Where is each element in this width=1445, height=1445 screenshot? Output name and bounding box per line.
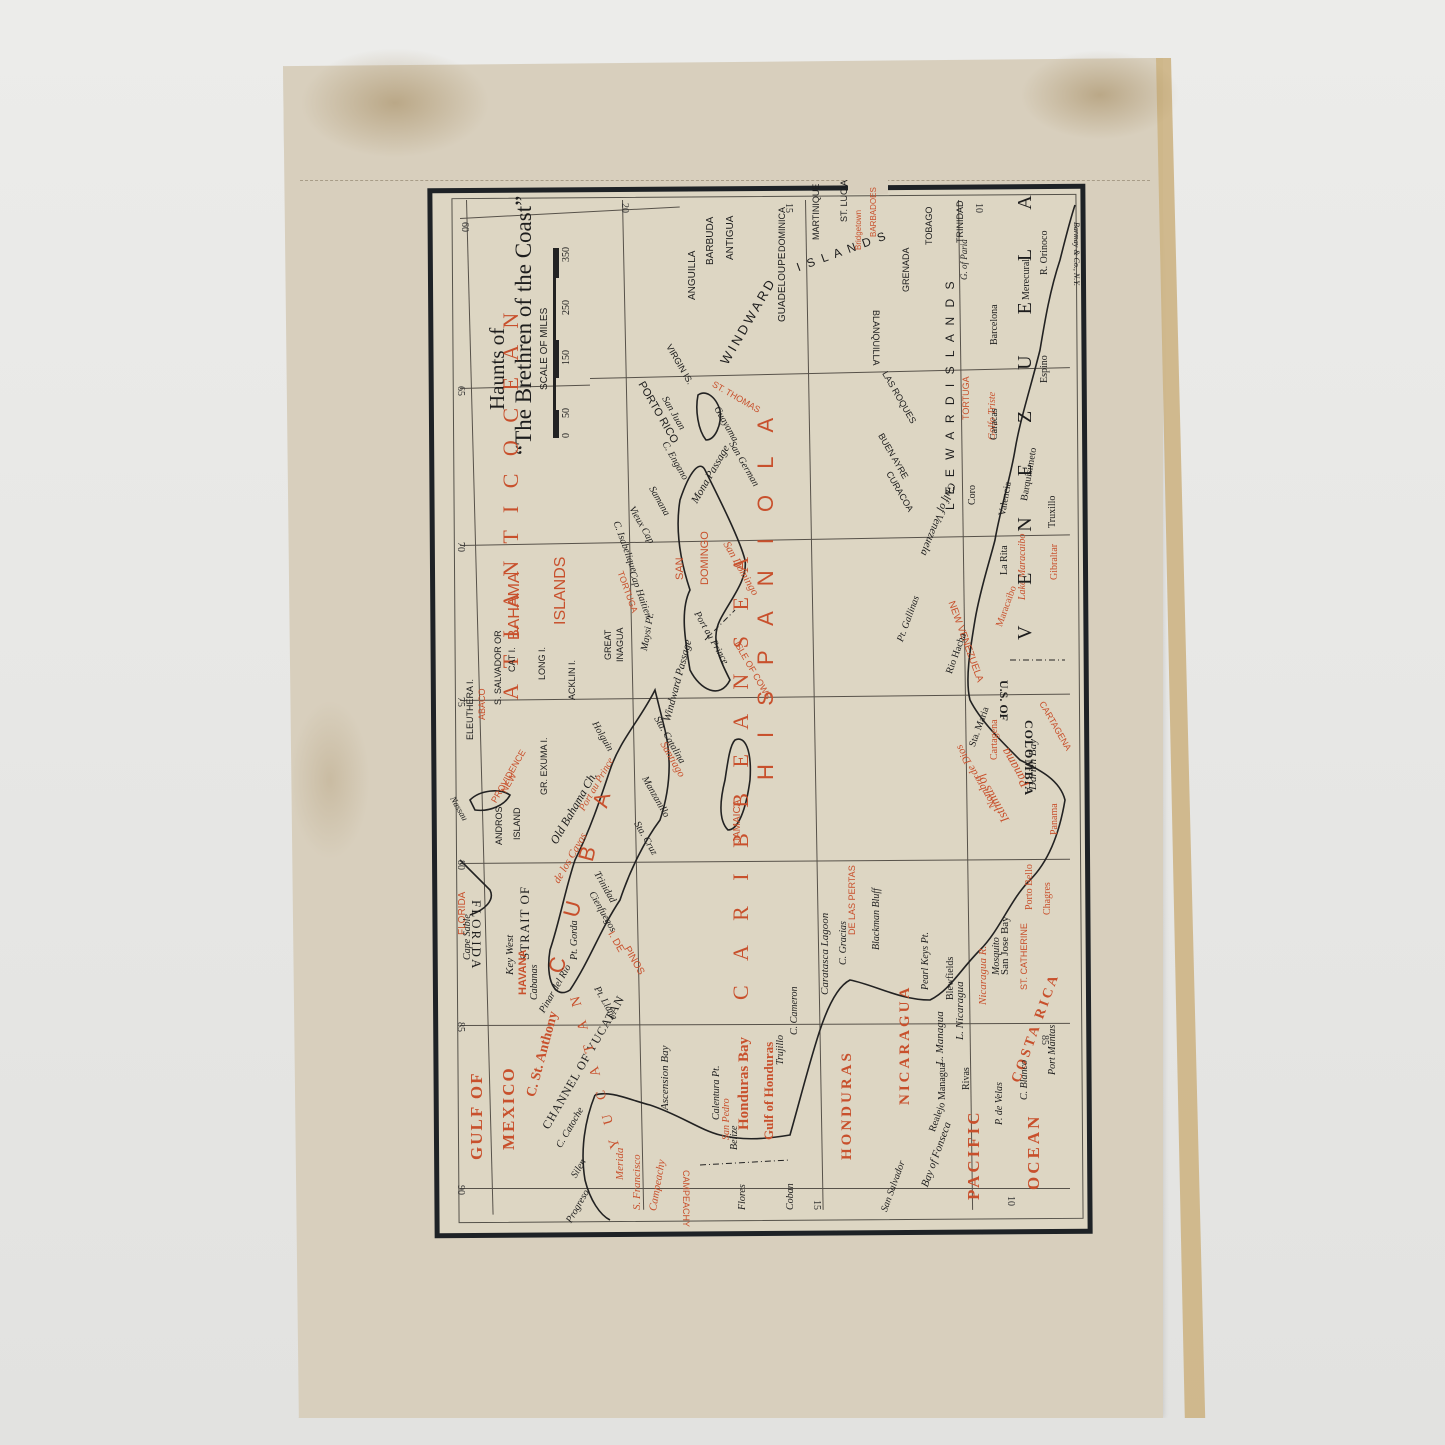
- publisher-imprint: Barmay & Co., N.Y.: [1072, 222, 1080, 286]
- secondary-tick: 10: [1005, 1196, 1016, 1206]
- jamaica-label: JAMAICA: [733, 800, 743, 843]
- scale-segment: [553, 410, 559, 438]
- abaco-label: ABACO: [478, 688, 487, 720]
- caratasca-lagoon-label: Caratasca Lagoon: [820, 913, 831, 995]
- mosquito-label: Mosquito: [992, 937, 1002, 975]
- grenada-label: GRENADA: [902, 247, 911, 292]
- us-of-label: U.S. OF: [998, 680, 1010, 721]
- st-lucia-label: ST. LUCIA: [840, 180, 849, 222]
- merecural-label: Merecural: [1022, 259, 1032, 300]
- gulf-of-mexico-label-1: GULF OF: [468, 1072, 485, 1160]
- guadeloupe-label: GUADELOUPE: [778, 253, 788, 322]
- honduras-bay-label: Honduras Bay: [737, 1037, 752, 1130]
- trujillo-label: Trujillo: [776, 1035, 786, 1065]
- panama-city-label: Panama: [1050, 803, 1060, 835]
- merida-label: Merida: [615, 1148, 626, 1180]
- c-blanco-label: C. Blanco: [1020, 1060, 1030, 1100]
- lake-managua-label: L. Managua: [935, 1011, 946, 1065]
- longitude-tick: 70: [455, 542, 466, 552]
- scale-segment: [553, 248, 559, 278]
- acklin-label: ACKLIN I.: [568, 660, 577, 700]
- coban-label: Coban: [786, 1183, 796, 1210]
- gulf-of-paria-label: G. of Paria: [960, 239, 969, 280]
- andros-label-1: ANDROS: [495, 806, 504, 845]
- great-inagua-label-2: INAGUA: [616, 627, 625, 662]
- scale-tick: 50: [562, 408, 572, 418]
- porto-bello-label: Porto Bello: [1025, 864, 1035, 910]
- coastlines: [0, 0, 1445, 1445]
- chagres-label: Chagres: [1043, 882, 1053, 915]
- great-inagua-label-1: GREAT: [604, 630, 613, 660]
- honduras-label: HONDURAS: [840, 1050, 855, 1160]
- longitude-tick: 65: [455, 386, 466, 396]
- san-domingo-label-2: DOMINGO: [700, 531, 711, 585]
- trinidad-label: TRINIDAD: [956, 201, 965, 244]
- scale-tick: 0: [562, 433, 572, 438]
- c-cameron-label: C. Cameron: [790, 986, 800, 1035]
- exuma-label: GR. EXUMA I.: [540, 737, 549, 795]
- ascension-bay-label: Ascension Bay: [660, 1046, 671, 1110]
- atlantic-ocean-label: A T L A N T I C O C E A N: [500, 307, 522, 700]
- martinique-label: MARTINIQUE: [812, 184, 821, 240]
- la-rita-label: La Rita: [1000, 545, 1010, 575]
- de-las-pertas-label: DE LAS PERTAS: [848, 865, 857, 935]
- st-catherine-label: ST. CATHERINE: [1020, 923, 1029, 990]
- longitude-tick: 60: [459, 222, 470, 232]
- anguilla-label: ANGUILLA: [688, 251, 698, 300]
- rivas-label: Rivas: [962, 1067, 972, 1090]
- cape-sable-label: Cape Sable: [463, 914, 473, 960]
- tobago-label: TOBAGO: [925, 207, 934, 245]
- dominica-label: DOMINICA: [778, 207, 787, 252]
- scale-tick: 350: [562, 247, 572, 262]
- nicaragua-label: NICARAGUA: [898, 985, 913, 1105]
- long-island-label: LONG I.: [538, 647, 547, 680]
- orinoco-river-label: R. Orinoco: [1040, 231, 1050, 275]
- caribbean-sea-label: C A R I B B E A N S E A: [730, 547, 752, 1000]
- barbuda-label: BARBUDA: [706, 217, 716, 265]
- key-west-label: Key West: [505, 935, 516, 975]
- blackman-bluff-label: Blackman Bluff: [872, 888, 882, 950]
- pearl-keys-label: Pearl Keys Pt.: [921, 932, 931, 990]
- coro-label: Coro: [968, 485, 978, 505]
- cabanas-label: Cabanas: [530, 964, 540, 1000]
- andros-coast: [470, 791, 510, 810]
- venezuela-label: V E N E Z U E L A: [1015, 177, 1035, 640]
- gibraltar-label: Gibraltar: [1050, 544, 1060, 580]
- border-line: [700, 1160, 790, 1165]
- bridgetown-label: Bridgetown: [855, 210, 863, 250]
- scale-label: SCALE OF MILES: [540, 308, 550, 390]
- managua-label: Managua: [938, 1063, 948, 1100]
- secondary-tick: 15: [811, 1200, 822, 1210]
- cartagena-label: Cartagena: [990, 719, 1000, 760]
- gulf-of-mexico-label-2: MEXICO: [500, 1066, 517, 1150]
- longitude-tick: 80: [455, 860, 466, 870]
- bahama-islands-label-2: ISLANDS: [553, 557, 569, 625]
- barcelona-label: Barcelona: [990, 304, 1000, 345]
- salvador-label-2: CAT I.: [508, 647, 517, 672]
- havana-label: HAVANA: [518, 950, 529, 995]
- san-domingo-label-1: SAN: [675, 557, 686, 580]
- gulf-of-honduras-label: Gulf of Honduras: [762, 1042, 775, 1140]
- p-de-velas-label: P. de Velas: [995, 1082, 1005, 1125]
- blanquilla-label: BLANQUILLA: [871, 310, 880, 366]
- nicaragua-river-label: Nicaragua R.: [978, 946, 989, 1005]
- lake-nicaragua-label: L. Nicaragua: [955, 981, 966, 1040]
- longitude-tick: 90: [455, 1185, 466, 1195]
- leeward-islands-label: L E E W A R D I S L A N D S: [944, 279, 956, 511]
- antigua-label: ANTIGUA: [726, 216, 736, 260]
- salvador-label-1: S. SALVADOR OR: [494, 630, 503, 705]
- scale-tick: 150: [562, 350, 572, 365]
- port-mantas-label: Port Mantas: [1048, 1025, 1058, 1075]
- campeachy-region-label: CAMPEACHY: [681, 1170, 690, 1227]
- pacific-ocean-label-2: OCEAN: [1025, 1114, 1042, 1190]
- scale-segment: [553, 340, 559, 378]
- s-francisco-label: S. Francisco: [632, 1154, 643, 1210]
- bahama-islands-label-1: BAHAMA: [507, 572, 523, 640]
- hispaniola-label: H I S P A N I O L A: [755, 408, 777, 780]
- flores-label: Flores: [738, 1184, 748, 1210]
- pacific-ocean-label-1: PACIFIC: [965, 1109, 982, 1200]
- truxillo-label: Truxillo: [1048, 496, 1058, 528]
- latitude-tick: 20: [619, 203, 630, 213]
- caracas-label: Caracas: [990, 408, 1000, 440]
- pt-gorda-label: Pt. Gorda: [570, 920, 580, 960]
- longitude-tick: 85: [455, 1022, 466, 1032]
- barbadoes-label: BARBADOES: [870, 187, 878, 237]
- espino-label: Espino: [1040, 355, 1050, 383]
- bluefields-label: Blewfields: [946, 957, 956, 1000]
- tortuga-venezuela-label: TORTUGA: [962, 376, 971, 420]
- belize-label: Belize: [730, 1126, 740, 1150]
- andros-label-2: ISLAND: [513, 807, 522, 840]
- eleuthera-label: ELEUTHERA I.: [466, 679, 475, 740]
- scale-tick: 250: [562, 300, 572, 315]
- latitude-tick: 10: [973, 203, 984, 213]
